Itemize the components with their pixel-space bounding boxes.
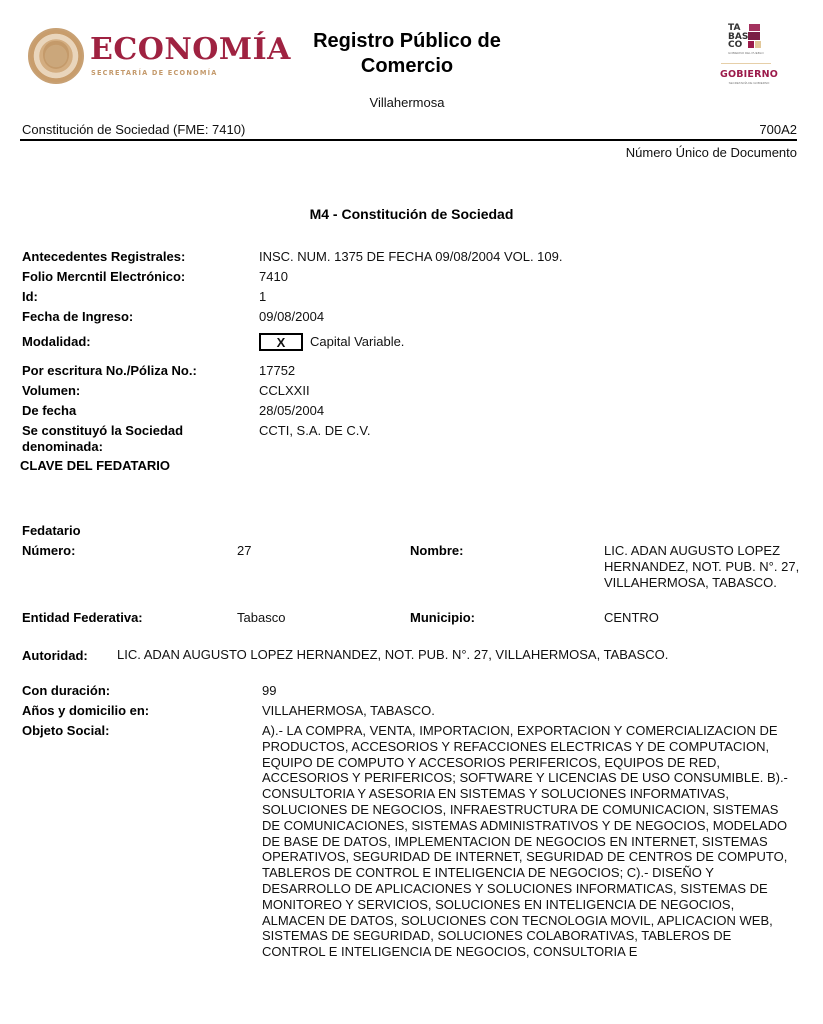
entidad-value: Tabasco <box>237 610 285 626</box>
antecedentes-label: Antecedentes Registrales: <box>22 249 185 265</box>
numero-label: Número: <box>22 543 75 559</box>
municipio-label: Municipio: <box>410 610 475 626</box>
economia-subtitle: SECRETARÍA DE ECONOMÍA <box>91 69 218 77</box>
document-code-label: Número Único de Documento <box>626 145 797 160</box>
antecedentes-value: INSC. NUM. 1375 DE FECHA 09/08/2004 VOL.… <box>259 249 562 265</box>
tabasco-gobierno-logo: TA BAS CO GOBIERNO DEL PUEBLO GOBIERNO S… <box>718 22 780 88</box>
autoridad-label: Autoridad: <box>22 648 88 664</box>
tabasco-tagline: GOBIERNO DEL PUEBLO <box>728 51 764 55</box>
entidad-label: Entidad Federativa: <box>22 610 143 626</box>
gobierno-wordmark: GOBIERNO <box>718 69 780 80</box>
volumen-label: Volumen: <box>22 383 80 399</box>
city-label: Villahermosa <box>270 95 544 110</box>
header-divider <box>20 139 797 141</box>
de-fecha-label: De fecha <box>22 403 76 419</box>
objeto-social-label: Objeto Social: <box>22 723 109 739</box>
logo-divider <box>721 63 771 64</box>
domicilio-label: Años y domicilio en: <box>22 703 149 719</box>
de-fecha-value: 28/05/2004 <box>259 403 324 419</box>
gobierno-subtitle: SECRETARÍA DE GOBIERNO <box>718 81 780 85</box>
sociedad-label: Se constituyó la Sociedad denominada: <box>22 423 222 455</box>
modalidad-checkbox: X <box>259 333 303 351</box>
domicilio-value: VILLAHERMOSA, TABASCO. <box>262 703 435 719</box>
clave-fedatario-heading: CLAVE DEL FEDATARIO <box>20 458 170 474</box>
coat-of-arms-seal-icon <box>28 28 84 84</box>
id-label: Id: <box>22 289 38 305</box>
escritura-label: Por escritura No./Póliza No.: <box>22 363 197 379</box>
escritura-value: 17752 <box>259 363 295 379</box>
tabasco-pattern-icon <box>748 24 762 49</box>
folio-label: Folio Mercntil Electrónico: <box>22 269 185 285</box>
modalidad-value: Capital Variable. <box>310 334 404 350</box>
volumen-value: CCLXXII <box>259 383 310 399</box>
document-code: 700A2 <box>759 122 797 137</box>
id-value: 1 <box>259 289 266 305</box>
fecha-ingreso-value: 09/08/2004 <box>259 309 324 325</box>
duracion-label: Con duración: <box>22 683 110 699</box>
municipio-value: CENTRO <box>604 610 659 626</box>
economia-wordmark: ECONOMÍA <box>90 32 291 67</box>
section-title: M4 - Constitución de Sociedad <box>0 206 823 222</box>
autoridad-value: LIC. ADAN AUGUSTO LOPEZ HERNANDEZ, NOT. … <box>117 647 668 663</box>
modalidad-label: Modalidad: <box>22 334 91 350</box>
numero-value: 27 <box>237 543 251 559</box>
document-type: Constitución de Sociedad (FME: 7410) <box>22 122 245 137</box>
nombre-label: Nombre: <box>410 543 463 559</box>
sociedad-value: CCTI, S.A. DE C.V. <box>259 423 371 439</box>
nombre-value: LIC. ADAN AUGUSTO LOPEZ HERNANDEZ, NOT. … <box>604 543 804 591</box>
page-title: Registro Público de Comercio <box>270 29 544 79</box>
folio-value: 7410 <box>259 269 288 285</box>
objeto-social-value: A).- LA COMPRA, VENTA, IMPORTACION, EXPO… <box>262 723 792 960</box>
economia-logo: ECONOMÍA SECRETARÍA DE ECONOMÍA <box>28 28 268 88</box>
fecha-ingreso-label: Fecha de Ingreso: <box>22 309 133 325</box>
duracion-value: 99 <box>262 683 276 699</box>
fedatario-heading: Fedatario <box>22 523 81 539</box>
